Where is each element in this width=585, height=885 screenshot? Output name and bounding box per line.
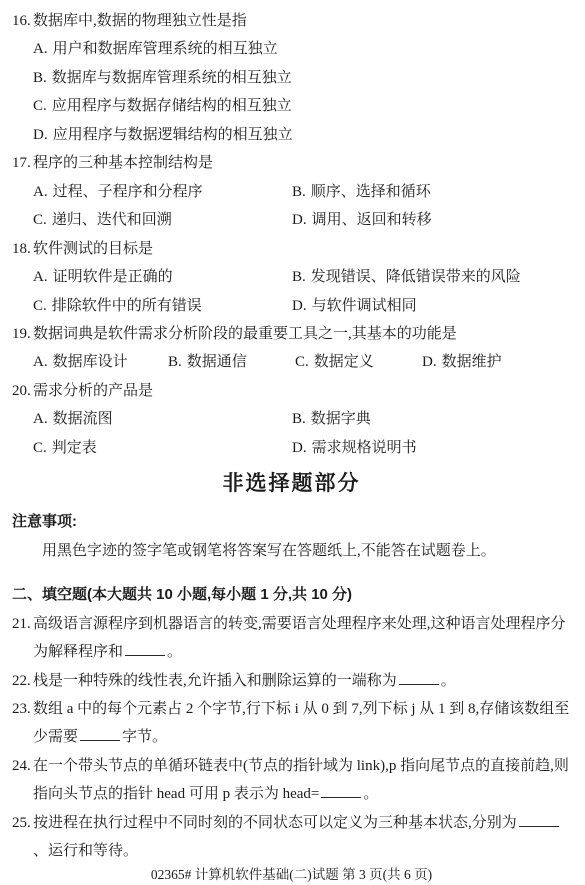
option-label: B.	[292, 269, 306, 285]
option-label: B.	[292, 411, 306, 427]
options-20: A.数据流图B.数据字典C.判定表D.需求规格说明书	[33, 405, 571, 462]
option-16-B: B.数据库与数据库管理系统的相互独立	[33, 64, 571, 92]
question-24: 24.在一个带头节点的单循环链表中(节点的指针域为 link),p 指向尾节点的…	[12, 752, 571, 809]
option-19-D: D.数据维护	[422, 348, 571, 376]
option-text: 需求规格说明书	[312, 440, 417, 456]
option-label: C.	[33, 212, 47, 228]
option-text: 数据库设计	[53, 354, 128, 370]
option-text: 数据流图	[53, 411, 113, 427]
option-text: 递归、迭代和回溯	[52, 212, 172, 228]
option-text: 与软件调试相同	[312, 298, 417, 314]
answer-blank	[80, 729, 120, 741]
option-19-C: C.数据定义	[295, 348, 422, 376]
question-text: 需求分析的产品是	[33, 383, 153, 399]
option-18-D: D.与软件调试相同	[292, 292, 571, 320]
option-label: D.	[292, 440, 307, 456]
question-text: 。	[363, 786, 378, 802]
option-17-D: D.调用、返回和转移	[292, 206, 571, 234]
option-label: C.	[295, 354, 309, 370]
option-text: 用户和数据库管理系统的相互独立	[53, 41, 278, 57]
option-label: D.	[292, 212, 307, 228]
option-text: 应用程序与数据存储结构的相互独立	[52, 98, 292, 114]
choice-question-area: 16.数据库中,数据的物理独立性是指A.用户和数据库管理系统的相互独立B.数据库…	[12, 7, 571, 462]
question-19: 19.数据词典是软件需求分析阶段的最重要工具之一,其基本的功能是A.数据库设计B…	[12, 320, 571, 377]
question-number: 23.	[12, 695, 33, 723]
option-20-D: D.需求规格说明书	[292, 434, 571, 462]
option-text: 数据字典	[311, 411, 371, 427]
part-title: 二、填空题(本大题共 10 小题,每小题 1 分,共 10 分)	[12, 581, 571, 609]
option-label: A.	[33, 184, 48, 200]
question-25: 25.按进程在执行过程中不同时刻的不同状态可以定义为三种基本状态,分别为、运行和…	[12, 809, 571, 866]
option-label: D.	[292, 298, 307, 314]
options-18: A.证明软件是正确的B.发现错误、降低错误带来的风险C.排除软件中的所有错误D.…	[33, 263, 571, 320]
option-label: A.	[33, 269, 48, 285]
question-stem: 16.数据库中,数据的物理独立性是指	[12, 7, 571, 35]
option-18-A: A.证明软件是正确的	[33, 263, 292, 291]
notice-label: 注意事项:	[12, 508, 571, 536]
question-text: 字节。	[122, 729, 167, 745]
option-label: D.	[33, 127, 48, 143]
section-title: 非选择题部分	[12, 470, 571, 498]
question-text: 软件测试的目标是	[33, 241, 153, 257]
option-17-C: C.递归、迭代和回溯	[33, 206, 292, 234]
question-text: 高级语言源程序到机器语言的转变,需要语言处理程序来处理,这种语言处理程序分为解释…	[33, 616, 566, 660]
question-16: 16.数据库中,数据的物理独立性是指A.用户和数据库管理系统的相互独立B.数据库…	[12, 7, 571, 149]
option-19-B: B.数据通信	[168, 348, 295, 376]
question-number: 21.	[12, 610, 33, 638]
option-text: 数据通信	[187, 354, 247, 370]
question-number: 22.	[12, 667, 33, 695]
question-18: 18.软件测试的目标是A.证明软件是正确的B.发现错误、降低错误带来的风险C.排…	[12, 235, 571, 320]
option-20-A: A.数据流图	[33, 405, 292, 433]
question-text: 。	[441, 673, 456, 689]
question-text: 栈是一种特殊的线性表,允许插入和删除运算的一端称为	[33, 673, 397, 689]
question-number: 20.	[12, 377, 33, 405]
option-20-B: B.数据字典	[292, 405, 571, 433]
option-text: 证明软件是正确的	[53, 269, 173, 285]
option-18-B: B.发现错误、降低错误带来的风险	[292, 263, 571, 291]
options-17: A.过程、子程序和分程序B.顺序、选择和循环C.递归、迭代和回溯D.调用、返回和…	[33, 178, 571, 235]
options-16: A.用户和数据库管理系统的相互独立B.数据库与数据库管理系统的相互独立C.应用程…	[33, 35, 571, 149]
question-stem: 19.数据词典是软件需求分析阶段的最重要工具之一,其基本的功能是	[12, 320, 571, 348]
question-17: 17.程序的三种基本控制结构是A.过程、子程序和分程序B.顺序、选择和循环C.递…	[12, 149, 571, 234]
question-stem: 17.程序的三种基本控制结构是	[12, 149, 571, 177]
options-19: A.数据库设计B.数据通信C.数据定义D.数据维护	[33, 348, 571, 376]
option-text: 应用程序与数据逻辑结构的相互独立	[53, 127, 293, 143]
answer-blank	[125, 644, 165, 656]
option-label: C.	[33, 298, 47, 314]
option-17-B: B.顺序、选择和循环	[292, 178, 571, 206]
page-footer: 02365# 计算机软件基础(二)试题 第 3 页(共 6 页)	[12, 867, 571, 883]
question-number: 19.	[12, 320, 33, 348]
option-label: A.	[33, 411, 48, 427]
option-text: 排除软件中的所有错误	[52, 298, 202, 314]
option-text: 判定表	[52, 440, 97, 456]
answer-blank	[321, 786, 361, 798]
question-stem: 20.需求分析的产品是	[12, 377, 571, 405]
question-number: 18.	[12, 235, 33, 263]
question-22: 22.栈是一种特殊的线性表,允许插入和删除运算的一端称为。	[12, 667, 571, 695]
answer-blank	[399, 673, 439, 685]
option-label: A.	[33, 41, 48, 57]
fill-question-area: 21.高级语言源程序到机器语言的转变,需要语言处理程序来处理,这种语言处理程序分…	[12, 610, 571, 866]
option-label: B.	[292, 184, 306, 200]
question-text: 数据库中,数据的物理独立性是指	[33, 13, 247, 29]
question-23: 23.数组 a 中的每个元素占 2 个字节,行下标 i 从 0 到 7,列下标 …	[12, 695, 571, 752]
option-label: B.	[168, 354, 182, 370]
question-text: 。	[167, 644, 182, 660]
option-text: 调用、返回和转移	[312, 212, 432, 228]
notice-text: 用黑色字迹的签字笔或钢笔将答案写在答题纸上,不能答在试题卷上。	[12, 537, 571, 565]
option-text: 顺序、选择和循环	[311, 184, 431, 200]
option-20-C: C.判定表	[33, 434, 292, 462]
option-text: 发现错误、降低错误带来的风险	[311, 269, 521, 285]
option-label: D.	[422, 354, 437, 370]
option-text: 过程、子程序和分程序	[53, 184, 203, 200]
option-label: C.	[33, 440, 47, 456]
option-17-A: A.过程、子程序和分程序	[33, 178, 292, 206]
question-number: 17.	[12, 149, 33, 177]
option-19-A: A.数据库设计	[33, 348, 168, 376]
exam-page: 16.数据库中,数据的物理独立性是指A.用户和数据库管理系统的相互独立B.数据库…	[0, 0, 585, 883]
question-text: 按进程在执行过程中不同时刻的不同状态可以定义为三种基本状态,分别为	[33, 815, 517, 831]
option-label: B.	[33, 70, 47, 86]
question-number: 24.	[12, 752, 33, 780]
option-text: 数据库与数据库管理系统的相互独立	[52, 70, 292, 86]
question-21: 21.高级语言源程序到机器语言的转变,需要语言处理程序来处理,这种语言处理程序分…	[12, 610, 571, 667]
option-18-C: C.排除软件中的所有错误	[33, 292, 292, 320]
question-number: 25.	[12, 809, 33, 837]
option-16-D: D.应用程序与数据逻辑结构的相互独立	[33, 121, 571, 149]
option-label: A.	[33, 354, 48, 370]
question-text: 在一个带头节点的单循环链表中(节点的指针域为 link),p 指向尾节点的直接前…	[33, 758, 569, 802]
option-text: 数据维护	[442, 354, 502, 370]
question-stem: 18.软件测试的目标是	[12, 235, 571, 263]
question-number: 16.	[12, 7, 33, 35]
question-20: 20.需求分析的产品是A.数据流图B.数据字典C.判定表D.需求规格说明书	[12, 377, 571, 462]
option-16-A: A.用户和数据库管理系统的相互独立	[33, 35, 571, 63]
option-text: 数据定义	[314, 354, 374, 370]
option-16-C: C.应用程序与数据存储结构的相互独立	[33, 92, 571, 120]
question-text: 程序的三种基本控制结构是	[33, 155, 213, 171]
question-text: 、运行和等待。	[33, 843, 138, 859]
question-text: 数据词典是软件需求分析阶段的最重要工具之一,其基本的功能是	[33, 326, 457, 342]
option-label: C.	[33, 98, 47, 114]
answer-blank	[519, 815, 559, 827]
